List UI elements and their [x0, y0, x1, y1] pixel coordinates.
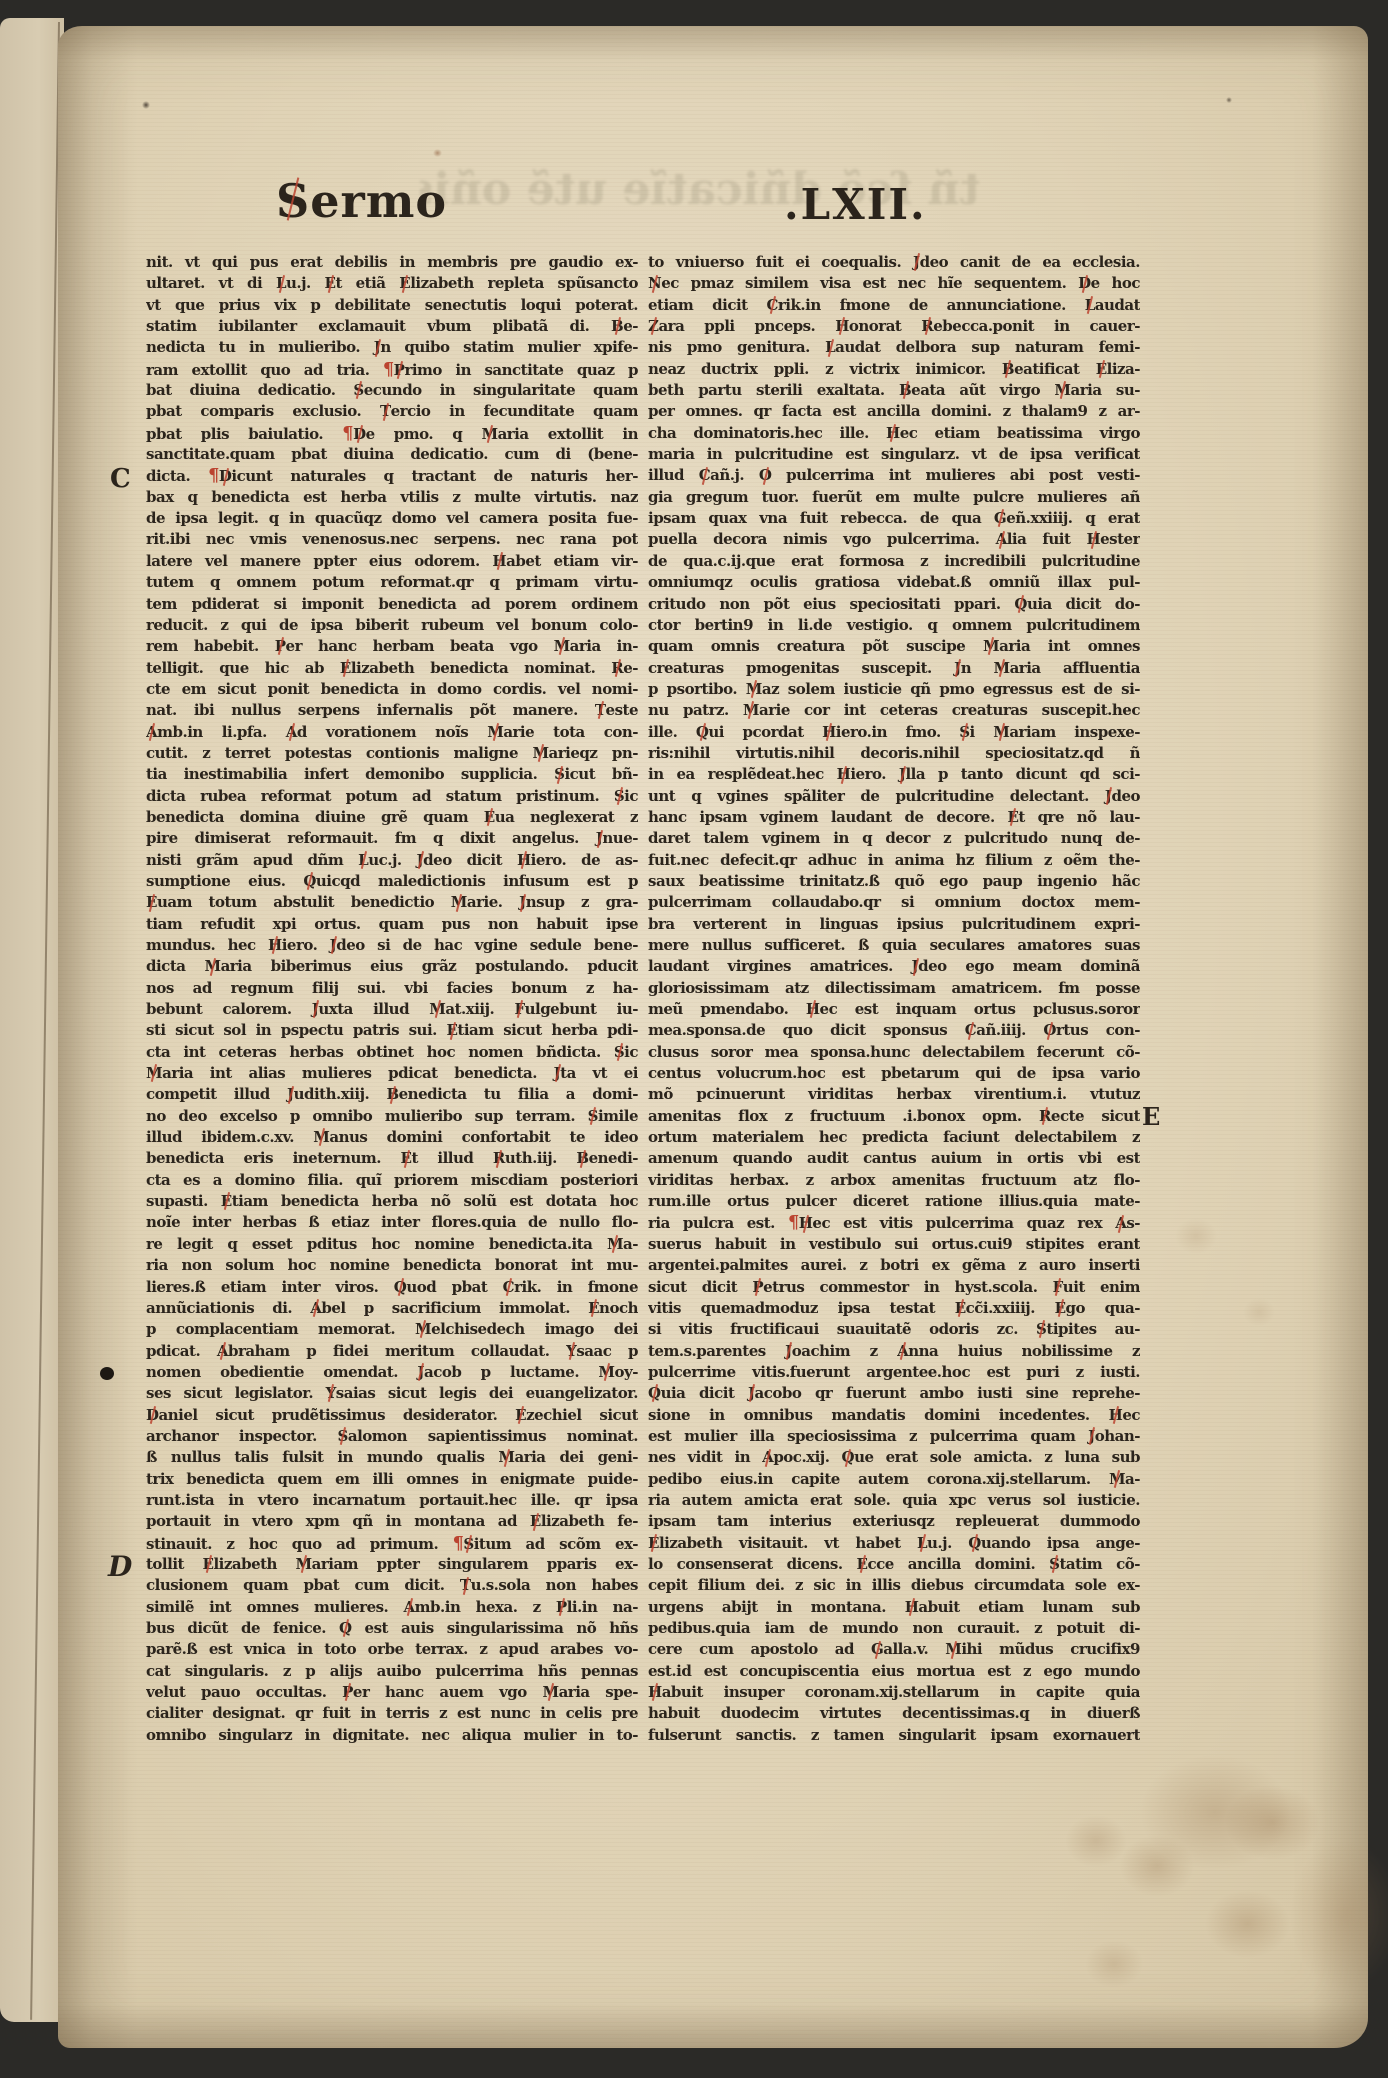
marginal-annotation-e: E	[1142, 1102, 1160, 1131]
rubricated-capital: R	[493, 1148, 505, 1169]
text-line: viriditas herbax. z arbox amenitas fruct…	[648, 1170, 1140, 1191]
rubricated-capital: P	[752, 1277, 763, 1298]
rubric-mark: ¶	[342, 423, 353, 444]
text-line: nat. ibi nullus serpens infernalis põt m…	[146, 700, 638, 721]
rubricated-capital: J	[954, 658, 961, 679]
text-line: benedicta domina diuine grẽ quam Eua neg…	[146, 807, 638, 828]
rubricated-capital: E	[325, 273, 336, 294]
text-line: similẽ int omnes mulieres. Amb.in hexa. …	[146, 1597, 638, 1618]
rubricated-capital: A	[404, 1597, 415, 1618]
rubricated-capital: B	[611, 316, 623, 337]
text-line: ortum materialem hec predicta faciunt de…	[648, 1127, 1140, 1148]
rubricated-capital: A	[310, 1298, 321, 1319]
rubricated-capital: E	[530, 1511, 541, 1532]
text-line: nit. vt qui pus erat debilis in membris …	[146, 252, 638, 273]
rubricated-capital: T	[595, 700, 606, 721]
text-line: Euam totum abstulit benedictio Marie. Jn…	[146, 892, 638, 913]
text-line: per omnes. qr facta est ancilla domini. …	[648, 401, 1140, 422]
text-line: ipsam tam interius exteriusqz repleuerat…	[648, 1511, 1140, 1532]
rubricated-capital: D	[1078, 273, 1091, 294]
text-line: est.id est concupiscentia eius mortua es…	[648, 1661, 1140, 1682]
text-line: ille. Qui pcordat Hiero.in fmo. Si Maria…	[648, 722, 1140, 743]
text-line: gloriosissimam atz dilectissimam amatric…	[648, 978, 1140, 999]
rubricated-capital: H	[799, 1213, 813, 1233]
rubricated-capital: T	[460, 1575, 471, 1596]
rubricated-capital: M	[554, 636, 570, 657]
text-line: de qua.c.ij.que erat formosa z incredibi…	[648, 551, 1140, 572]
text-line: pulcerrimam collaudabo.qr si omnium doct…	[648, 892, 1140, 913]
rubricated-capital: M	[429, 999, 445, 1020]
text-line: bra verterent in linguas ipsius pulcritu…	[648, 914, 1140, 935]
text-line: nu patrz. Marie cor int ceteras creatura…	[648, 700, 1140, 721]
rubricated-capital: A	[286, 722, 297, 743]
rubricated-capital: P	[556, 1597, 567, 1618]
text-line: etiam dicit Crik.in fmone de annunciatio…	[648, 295, 1140, 316]
rubricated-capital: L	[917, 1533, 927, 1554]
text-line: Nec pmaz similem visa est nec hĩe sequen…	[648, 273, 1140, 294]
rubricated-capital: M	[993, 658, 1009, 679]
text-line: cta es a domino filia. quĩ priorem miscd…	[146, 1170, 638, 1191]
text-line: Habuit insuper coronam.xij.stellarum in …	[648, 1682, 1140, 1703]
text-line: latere vel manere ppter eius odorem. Hab…	[146, 551, 638, 572]
text-line: sti sicut sol in pspectu patris sui. Eti…	[146, 1020, 638, 1041]
text-line: bebunt calorem. Juxta illud Mat.xiij. Fu…	[146, 999, 638, 1020]
folio-number: .LXII.	[784, 180, 927, 229]
text-line: lo consenserat dicens. Ecce ancilla domi…	[648, 1554, 1140, 1575]
rubricated-capital: Q	[303, 871, 316, 892]
rubricated-capital: P	[275, 636, 286, 657]
text-line: Quia dicit Jacobo qr fuerunt ambo iusti …	[648, 1383, 1140, 1404]
rubricated-capital: H	[837, 764, 851, 785]
text-line: parẽ.ß est vnica in toto orbe terrax. z …	[146, 1639, 638, 1660]
text-line: centus volucrum.hoc est pbetarum qui de …	[648, 1063, 1140, 1084]
text-line: Daniel sicut prudẽtissimus desiderator. …	[146, 1405, 638, 1426]
text-line: p complacentiam memorat. Melchisedech im…	[146, 1319, 638, 1340]
rubricated-capital: G	[871, 1639, 883, 1660]
rubricated-capital: M	[313, 1127, 329, 1148]
text-line: daret talem vginem in q decor z pulcritu…	[648, 828, 1140, 849]
rubricated-capital: H	[835, 316, 849, 337]
text-line: mere nullus sufficeret. ß quia seculares…	[648, 935, 1140, 956]
text-line: dicta rubea reformat potum ad statum pri…	[146, 786, 638, 807]
rubricated-capital: S	[1049, 1554, 1059, 1575]
text-line: cte em sicut ponit benedicta in domo cor…	[146, 679, 638, 700]
text-line: telligit. que hic ab Elizabeth benedicta…	[146, 658, 638, 679]
text-line: clusus soror mea sponsa.hunc delectabile…	[648, 1042, 1140, 1063]
rubricated-capital: F	[514, 999, 524, 1020]
text-line: rit.ibi nec vmis venenosus.nec serpens. …	[146, 529, 638, 550]
rubricated-capital: S	[353, 380, 363, 401]
text-line: de ipsa legit. q in quacũqz domo vel cam…	[146, 508, 638, 529]
text-line: supasti. Etiam benedicta herba nõ solũ e…	[146, 1191, 638, 1212]
text-line: benedicta eris ineternum. Et illud Ruth.…	[146, 1148, 638, 1169]
rubric-mark: ¶	[208, 465, 219, 486]
text-line: lieres.ß etiam inter viros. Quod pbat Cr…	[146, 1277, 638, 1298]
text-line: ria autem amicta erat sole. quia xpc ver…	[648, 1490, 1140, 1511]
rubricated-capital: C	[766, 295, 777, 316]
rubricated-capital: J	[417, 850, 424, 871]
rubricated-capital: Z	[648, 316, 658, 337]
text-line: Maria int alias mulieres pdicat benedict…	[146, 1063, 638, 1084]
rubricated-capital: M	[598, 1362, 614, 1383]
rubricated-capital: A	[1115, 1213, 1126, 1233]
text-line: vt que prius vix p debilitate senectutis…	[146, 295, 638, 316]
text-line: p psortibo. Maz solem iusticie qñ pmo eg…	[648, 679, 1140, 700]
text-line: gia gregum tuor. fuerũt em multe pulcre …	[648, 487, 1140, 508]
rubricated-capital: J	[330, 935, 337, 956]
rubricated-capital: M	[146, 1063, 162, 1084]
rubricated-capital: E	[1007, 807, 1018, 828]
text-line: pdicat. Abraham p fidei meritum collauda…	[146, 1341, 638, 1362]
rubricated-capital: H	[268, 935, 282, 956]
rubricated-capital: S	[338, 1426, 348, 1447]
text-line: dicta. ¶Dicunt naturales q tractant de n…	[146, 465, 638, 486]
rubricated-capital: H	[1086, 529, 1100, 550]
text-line: cta int ceteras herbas obtinet hoc nomen…	[146, 1042, 638, 1063]
text-line: ses sicut legislator. Ysaias sicut legis…	[146, 1383, 638, 1404]
rubricated-capital: L	[825, 337, 835, 358]
text-line: meũ pmendabo. Hec est inquam ortus pclus…	[648, 999, 1140, 1020]
rubricated-capital: J	[912, 956, 919, 977]
text-line: ctor bertin9 in li.de vestigio. q omnem …	[648, 615, 1140, 636]
rubricated-capital: C	[503, 1277, 514, 1298]
rubric-mark: ¶	[383, 359, 394, 380]
text-line: ram extollit quo ad tria. ¶Primo in sanc…	[146, 359, 638, 380]
text-line: pbat comparis exclusio. Tercio in fecund…	[146, 401, 638, 422]
text-line: puella decora nimis vgo pulcerrima. Alia…	[648, 529, 1140, 550]
rubricated-capital: Q	[968, 1533, 981, 1554]
text-line: cialiter designat. qr fuit in terris z e…	[146, 1703, 638, 1724]
rubricated-capital: M	[415, 1319, 431, 1340]
rubricated-capital: J	[596, 828, 603, 849]
text-line: quam omnis creatura põt suscipe Maria in…	[648, 636, 1140, 657]
text-line: laudant virgines amatrices. Jdeo ego mea…	[648, 956, 1140, 977]
text-line: noĩe inter herbas ß etiaz inter flores.q…	[146, 1212, 638, 1233]
rubricated-capital: P	[394, 360, 405, 380]
text-line: runt.ista in vtero incarnatum portauit.h…	[146, 1490, 638, 1511]
text-line: cepit filium dei. z sic in illis diebus …	[648, 1575, 1140, 1596]
text-line: cutit. z terret potestas contionis malig…	[146, 743, 638, 764]
text-line: tia inestimabilia infert demonibo suppli…	[146, 764, 638, 785]
rubricated-capital: J	[374, 337, 381, 358]
rubricated-capital: H	[806, 999, 820, 1020]
rubricated-capital: N	[648, 273, 661, 294]
rubricated-capital: M	[532, 743, 548, 764]
text-line: pbat plis baiulatio. ¶De pmo. q Maria ex…	[146, 423, 638, 444]
rubricated-capital: S	[1036, 1319, 1046, 1340]
text-line: ria non solum hoc nomine benedicta bonor…	[146, 1255, 638, 1276]
rubricated-capital: D	[219, 466, 232, 486]
text-line: mea.sponsa.de quo dicit sponsus Cañ.iiij…	[648, 1020, 1140, 1041]
rubricated-capital: E	[203, 1554, 214, 1575]
rubricated-capital: E	[1055, 1298, 1066, 1319]
text-line: amenum quando audit cantus auium in orti…	[648, 1148, 1140, 1169]
rubricated-capital: H	[492, 551, 506, 572]
rubricated-capital: O	[1043, 1020, 1056, 1041]
rubricated-capital: J	[913, 252, 920, 273]
rubricated-capital: D	[353, 424, 366, 444]
rubricated-capital: J	[1105, 786, 1112, 807]
text-line: nos ad regnum filij sui. vbi facies bonu…	[146, 978, 638, 999]
text-line: illud Cañ.j. O pulcerrima int mulieres a…	[648, 465, 1140, 486]
text-line: sione in omnibus mandatis domini inceden…	[648, 1405, 1140, 1426]
rubricated-capital: E	[340, 658, 351, 679]
rubricated-capital: M	[296, 1554, 312, 1575]
rubricated-capital: A	[146, 722, 157, 743]
rubricated-capital: M	[1054, 380, 1070, 401]
rubricated-capital: E	[399, 273, 410, 294]
text-line: reducit. z qui de ipsa biberit rubeum ve…	[146, 615, 638, 636]
text-line: tem pdiderat si imponit benedicta ad por…	[146, 594, 638, 615]
rubricated-capital: Q	[339, 1618, 352, 1639]
text-line: hanc ipsam vginem laudant de decore. Et …	[648, 807, 1140, 828]
rubricated-capital: E	[146, 892, 157, 913]
text-line: dicta Maria biberimus eius grãz postulan…	[146, 956, 638, 977]
rubricated-capital: M	[451, 892, 467, 913]
text-line: tollit Elizabeth Mariam ppter singularem…	[146, 1554, 638, 1575]
rubricated-capital: J	[287, 1084, 294, 1105]
text-line: nis pmo genitura. Laudat delbora sup nat…	[648, 337, 1140, 358]
rubricated-capital: E	[955, 1298, 966, 1319]
rubricated-capital: M	[983, 636, 999, 657]
rubricated-capital: R	[611, 658, 623, 679]
text-line: saux beatissime trinitatz.ß quõ ego paup…	[648, 871, 1140, 892]
text-line: re legit q esset pditus hoc nomine bened…	[146, 1234, 638, 1255]
text-line: vitis quemadmoduz ipsa testat Ecc̃i.xxii…	[648, 1298, 1140, 1319]
rubricated-capital: M	[542, 1682, 558, 1703]
text-line: neaz ductrix ppli. z victrix inimicor. B…	[648, 359, 1140, 380]
rubricated-capital: Y	[566, 1341, 576, 1362]
rubricated-capital: S	[959, 722, 969, 743]
rubricated-capital: T	[380, 401, 391, 422]
rubricated-capital: M	[607, 1234, 623, 1255]
rubricated-capital: S	[276, 174, 310, 228]
text-line: velut pauo occultas. Per hanc auem vgo M…	[146, 1682, 638, 1703]
text-line: pedibo eius.in capite autem corona.xij.s…	[648, 1469, 1140, 1490]
text-line: bus dicũt de fenice. Q est auis singular…	[146, 1618, 638, 1639]
rubricated-capital: Q	[842, 1447, 855, 1468]
rubricated-capital: H	[1109, 1405, 1123, 1426]
rubricated-capital: Y	[326, 1383, 336, 1404]
text-line: no deo excelso p omnibo mulieribo sup te…	[146, 1106, 638, 1127]
rubricated-capital: Q	[696, 722, 709, 743]
rubricated-capital: A	[897, 1341, 908, 1362]
rubricated-capital: M	[1109, 1469, 1125, 1490]
text-line: Elizabeth visitauit. vt habet Lu.j. Quan…	[648, 1533, 1140, 1554]
rubricated-capital: Q	[1014, 594, 1027, 615]
text-line: unt q vgines spãliter de pulcritudine de…	[648, 786, 1140, 807]
rubricated-capital: S	[614, 786, 624, 807]
rubricated-capital: E	[588, 1298, 599, 1319]
ink-blot	[100, 1367, 114, 1380]
text-line: sicut dicit Petrus commestor in hyst.sco…	[648, 1277, 1140, 1298]
text-line: fulserunt sanctis. z tamen singularit ip…	[648, 1725, 1140, 1746]
text-line: portauit in vtero xpm qñ in montana ad E…	[146, 1511, 638, 1532]
rubricated-capital: B	[1002, 359, 1014, 380]
text-line: Zara ppli pnceps. Honorat Rebecca.ponit …	[648, 316, 1140, 337]
text-line: ultaret. vt di Lu.j. Et etiã Elizabeth r…	[146, 273, 638, 294]
rubricated-capital: L	[276, 273, 286, 294]
text-line: trix benedicta quem em illi omnes in eni…	[146, 1469, 638, 1490]
text-line: in ea resplẽdeat.hec Hiero. Jlla p tanto…	[648, 764, 1140, 785]
rubricated-capital: E	[484, 807, 495, 828]
book-scan-page: tñ ſcõ dñicatĩe utẽ oñis Sermo .LXII. ni…	[0, 0, 1388, 2078]
rubricated-capital: P	[342, 1682, 353, 1703]
rubricated-capital: R	[1039, 1106, 1051, 1127]
marginal-paragraph-mark: C	[110, 464, 131, 494]
text-line: si vitis fructificaui suauitatẽ odoris z…	[648, 1319, 1140, 1340]
rubricated-capital: J	[312, 999, 319, 1020]
rubricated-capital: H	[648, 1682, 662, 1703]
text-line: archanor inspector. Salomon sapientissim…	[146, 1426, 638, 1447]
text-line: bat diuina dedicatio. Secundo in singula…	[146, 380, 638, 401]
text-line: statim iubilanter exclamauit vbum plibat…	[146, 316, 638, 337]
rubricated-capital: M	[487, 722, 503, 743]
rubricated-capital: A	[996, 529, 1007, 550]
rubricated-capital: E	[857, 1554, 868, 1575]
rubricated-capital: S	[614, 1042, 624, 1063]
text-line: ß nullus talis fulsit in mundo qualis Ma…	[146, 1447, 638, 1468]
text-line: nomen obedientie omendat. Jacob p luctam…	[146, 1362, 638, 1383]
text-line: argentei.palmites aurei. z botri ex gẽma…	[648, 1255, 1140, 1276]
text-line: fuit.nec defecit.qr adhuc in anima hz fi…	[648, 850, 1140, 871]
text-line: competit illud Judith.xiij. Benedicta tu…	[146, 1084, 638, 1105]
rubricated-capital: A	[762, 1447, 773, 1468]
rubricated-capital: H	[905, 1597, 919, 1618]
rubricated-capital: J	[748, 1383, 755, 1404]
rubricated-capital: C	[699, 465, 710, 486]
rubricated-capital: R	[921, 316, 933, 337]
text-line: est mulier illa speciosissima z pulcerri…	[648, 1426, 1140, 1447]
rubricated-capital: E	[1096, 359, 1107, 380]
text-line: pulcerrime vitis.fuerunt argentee.hoc es…	[648, 1362, 1140, 1383]
rubricated-capital: A	[217, 1341, 228, 1362]
text-line: annũciationis di. Abel p sacrificium imm…	[146, 1298, 638, 1319]
rubricated-capital: Q	[648, 1383, 661, 1404]
text-line: habuit duodecim virtutes decentissimas.q…	[648, 1703, 1140, 1724]
rubricated-capital: F	[1053, 1277, 1063, 1298]
rubricated-capital: M	[993, 722, 1009, 743]
text-line: omniumqz oculis gratiosa videbat.ß omniũ…	[648, 572, 1140, 593]
rubricated-capital: S	[554, 764, 564, 785]
text-line: pire dimiserat reformauit. fm q dixit an…	[146, 828, 638, 849]
text-line: to vniuerso fuit ei coequalis. Jdeo cani…	[648, 252, 1140, 273]
text-line: omnibo singularz in dignitate. nec aliqu…	[146, 1725, 638, 1746]
rubricated-capital: S	[588, 1106, 598, 1127]
rubricated-capital: D	[146, 1405, 159, 1426]
text-column-left: nit. vt qui pus erat debilis in membris …	[146, 252, 638, 1746]
rubricated-capital: E	[221, 1191, 232, 1212]
text-line: tiam refudit xpi ortus. quam pus non hab…	[146, 914, 638, 935]
text-line: rum.ille ortus pulcer diceret ratione il…	[648, 1191, 1140, 1212]
rubricated-capital: H	[886, 423, 900, 444]
rubricated-capital: M	[498, 1447, 514, 1468]
rubricated-capital: M	[743, 700, 759, 721]
rubricated-capital: C	[965, 1020, 976, 1041]
text-line: sanctitate.quam pbat diuina dedicatio. c…	[146, 444, 638, 465]
text-line: tem.s.parentes Joachim z Anna huius nobi…	[648, 1341, 1140, 1362]
rubricated-capital: E	[401, 1148, 412, 1169]
text-line: stinauit. z hoc quo ad primum. ¶Situm ad…	[146, 1533, 638, 1554]
rubricated-capital: H	[517, 850, 531, 871]
text-line: amenitas flox z fructuum .i.bonox opm. R…	[648, 1106, 1140, 1127]
text-line: cere cum apostolo ad Galla.v. Mihi mũdus…	[648, 1639, 1140, 1660]
text-line: cat singularis. z p alijs auibo pulcerri…	[146, 1661, 638, 1682]
rubricated-capital: J	[1088, 1426, 1095, 1447]
text-line: beth partu sterili exaltata. Beata aũt v…	[648, 380, 1140, 401]
text-line: nes vidit in Apoc.xij. Que erat sole ami…	[648, 1447, 1140, 1468]
rubricated-capital: L	[1085, 295, 1095, 316]
text-line: ria pulcra est. ¶Hec est vitis pulcerrim…	[648, 1212, 1140, 1233]
rubricated-capital: O	[759, 465, 772, 486]
rubric-mark: ¶	[453, 1533, 464, 1554]
text-column-right: to vniuerso fuit ei coequalis. Jdeo cani…	[648, 252, 1140, 1746]
rubricated-capital: J	[785, 1341, 792, 1362]
text-line: pedibus.quia iam de mundo non curauit. z…	[648, 1618, 1140, 1639]
rubricated-capital: J	[899, 764, 906, 785]
rubricated-capital: L	[358, 850, 368, 871]
text-line: bax q benedicta est herba vtilis z multe…	[146, 487, 638, 508]
rubricated-capital: H	[822, 722, 836, 743]
rubricated-capital: B	[576, 1148, 588, 1169]
text-line: ipsam quax vna fuit rebecca. de qua Geñ.…	[648, 508, 1140, 529]
text-line: nisti grãm apud dñm Luc.j. Jdeo dicit Hi…	[146, 850, 638, 871]
text-line: maria in pulcritudine est singularz. vt …	[648, 444, 1140, 465]
rubricated-capital: M	[481, 424, 497, 444]
text-line: suerus habuit in vestibulo sui ortus.cui…	[648, 1234, 1140, 1255]
rubricated-capital: E	[648, 1533, 659, 1554]
rubric-mark: ¶	[788, 1212, 799, 1233]
text-line: illud ibidem.c.xv. Manus domini conforta…	[146, 1127, 638, 1148]
rubricated-capital: M	[746, 679, 762, 700]
text-line: creaturas pmogenitas suscepit. Jn Maria …	[648, 658, 1140, 679]
rubricated-capital: J	[554, 1063, 561, 1084]
rubricated-capital: B	[899, 380, 911, 401]
rubricated-capital: E	[446, 1020, 457, 1041]
rubricated-capital: S	[463, 1534, 473, 1554]
text-line: cha dominatoris.hec ille. Hec etiam beat…	[648, 423, 1140, 444]
rubricated-capital: M	[945, 1639, 961, 1660]
running-title: Sermo	[276, 174, 447, 228]
rubricated-capital: E	[515, 1405, 526, 1426]
rubricated-capital: J	[519, 892, 526, 913]
text-line: mõ pcinuerunt viriditas herbax virentium…	[648, 1084, 1140, 1105]
marginal-annotation-d: D	[108, 1550, 132, 1583]
rubricated-capital: J	[417, 1362, 424, 1383]
rubricated-capital: M	[204, 956, 220, 977]
text-line: critudo non põt eius speciositati ppari.…	[648, 594, 1140, 615]
text-line: Amb.in li.pfa. Ad vorationem noĩs Marie …	[146, 722, 638, 743]
text-line: ris:nihil virtutis.nihil decoris.nihil s…	[648, 743, 1140, 764]
text-line: mundus. hec Hiero. Jdeo si de hac vgine …	[146, 935, 638, 956]
rubricated-capital: G	[994, 508, 1006, 529]
text-line: sumptione eius. Quicqd maledictionis inf…	[146, 871, 638, 892]
text-line: clusionem quam pbat cum dicit. Tu.s.sola…	[146, 1575, 638, 1596]
text-line: rem habebit. Per hanc herbam beata vgo M…	[146, 636, 638, 657]
rubricated-capital: Q	[394, 1277, 407, 1298]
rubricated-capital: B	[386, 1084, 398, 1105]
text-line: tutem q omnem potum reformat.qr q primam…	[146, 572, 638, 593]
text-line: nedicta tu in mulieribo. Jn quibo statim…	[146, 337, 638, 358]
text-line: urgens abijt in montana. Habuit etiam lu…	[648, 1597, 1140, 1618]
